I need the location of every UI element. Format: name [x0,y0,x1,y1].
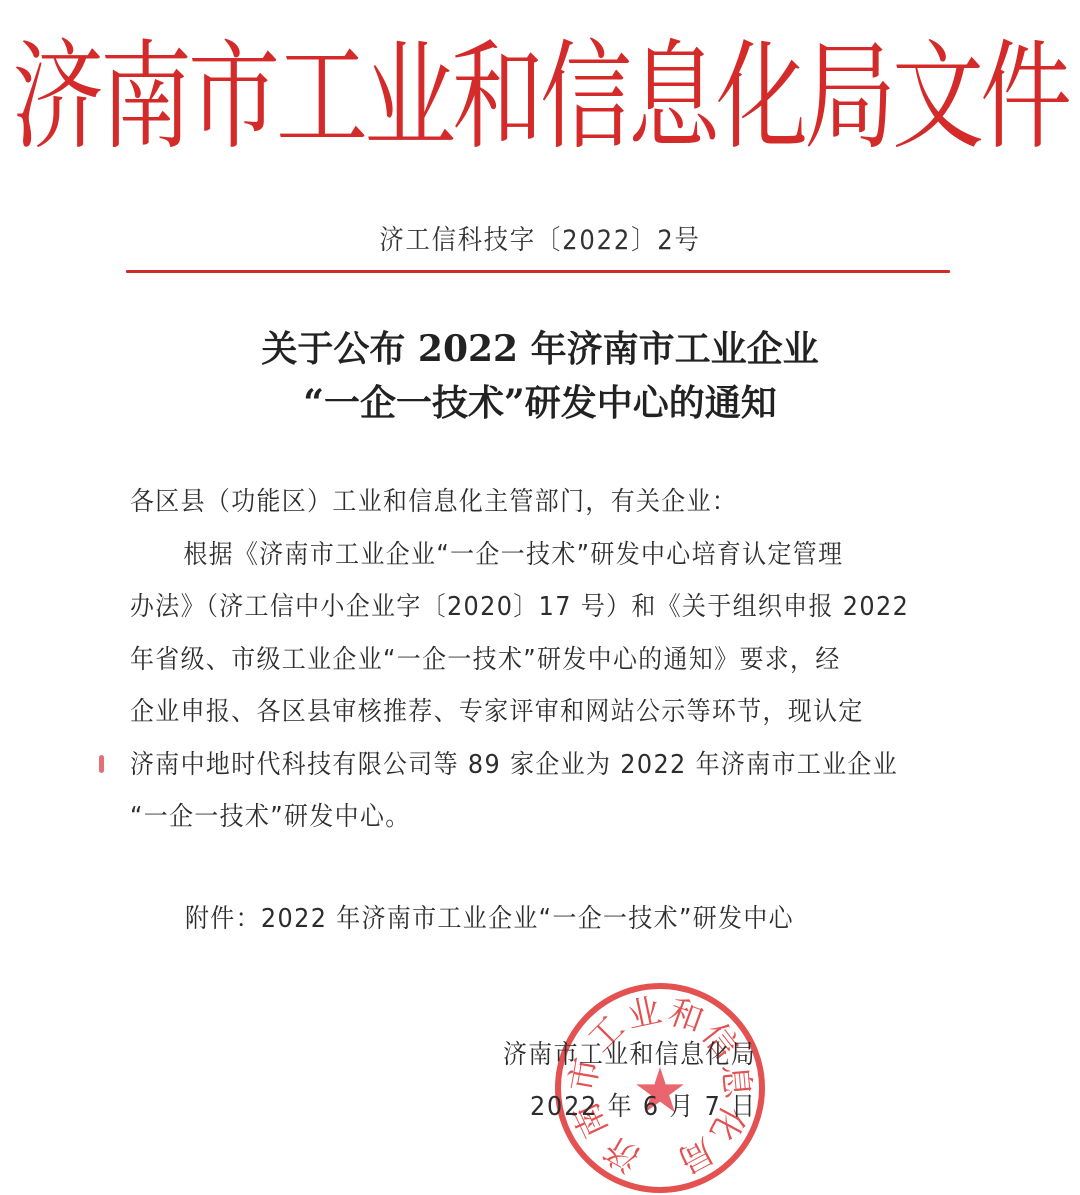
signatory: 济南市工业和信息化局 [503,1034,756,1071]
issue-date: 2022 年 6 月 7 日 [530,1086,757,1123]
body-line-6: “一企一技术”研发中心。 [130,791,903,844]
body-line-3: 年省级、市级工业企业“一企一技术”研发中心的通知》要求，经 [130,634,903,687]
body-line-2: 办法》（济工信中小企业字〔2020〕17 号）和《关于组织申报 2022 [130,581,903,634]
attachment-note: 附件：2022 年济南市工业企业“一企一技术”研发中心 [185,898,794,935]
notice-body: 各区县（功能区）工业和信息化主管部门，有关企业： 根据《济南市工业企业“一企一技… [130,476,970,844]
body-line-4: 企业申报、各区县审核推荐、专家评审和网站公示等环节，现认定 [130,686,903,739]
red-divider-rule [126,270,950,273]
red-ink-mark [99,755,104,773]
seal-char: 局 [673,1132,719,1178]
seal-char: 济 [599,1131,645,1177]
seal-char: 业 [624,993,664,1033]
title-line-2: “一企一技术”研发中心的通知 [150,376,930,430]
document-number: 济工信科技字〔2022〕2号 [162,218,918,257]
title-line-1: 关于公布 2022 年济南市工业企业 [150,322,930,376]
seal-char: 和 [664,995,708,1039]
salutation: 各区县（功能区）工业和信息化主管部门，有关企业： [130,476,903,529]
body-line-1: 根据《济南市工业企业“一企一技术”研发中心培育认定管理 [130,529,903,582]
issuer-masthead: 济南市工业和信息化局文件 [150,8,930,187]
notice-title: 关于公布 2022 年济南市工业企业 “一企一技术”研发中心的通知 [150,322,930,430]
body-line-5: 济南中地时代科技有限公司等 89 家企业为 2022 年济南市工业企业 [130,739,903,792]
